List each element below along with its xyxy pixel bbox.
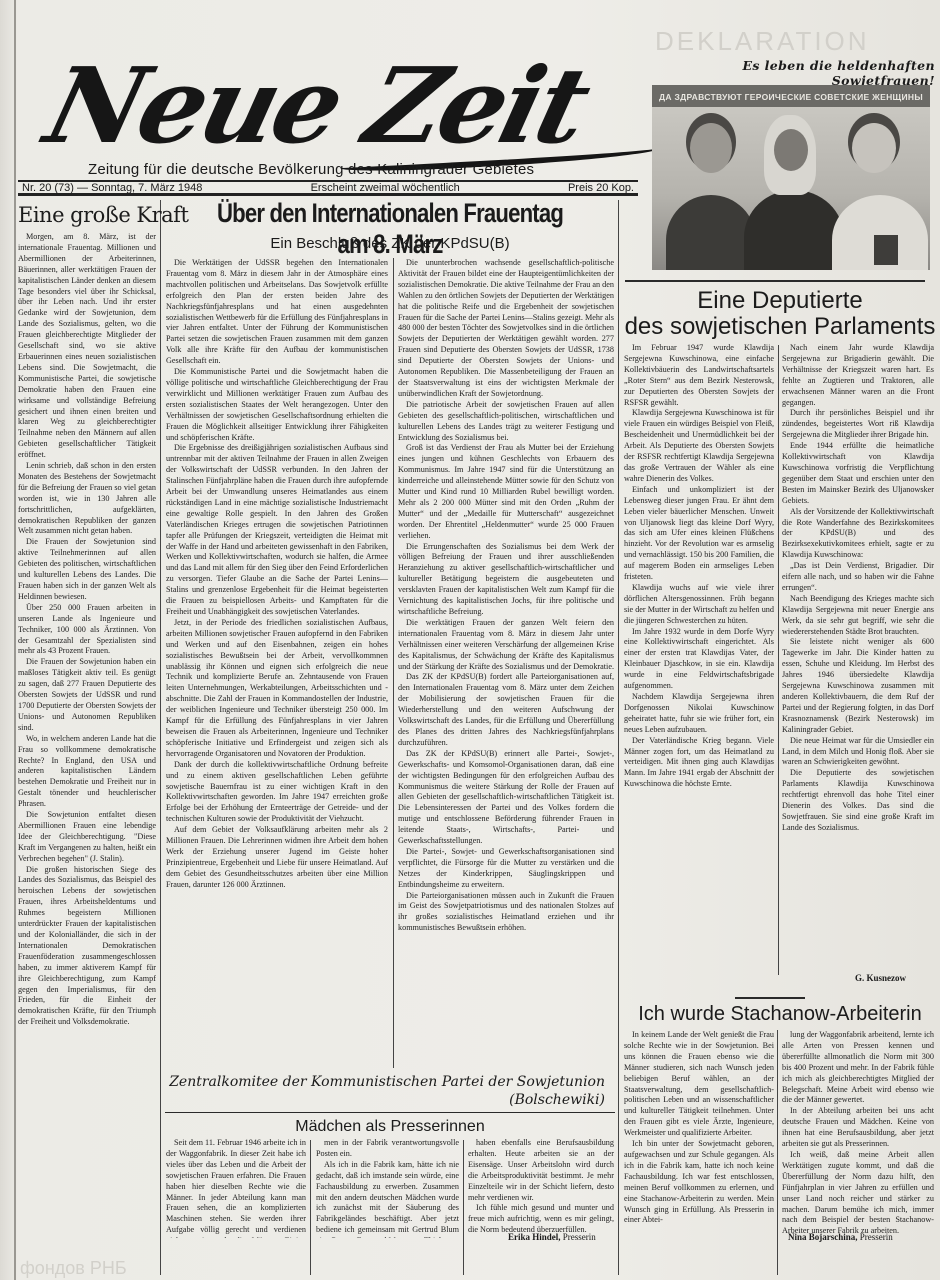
bleed-through-bottom: фондов РНБ <box>20 1258 127 1279</box>
author-name: Nina Bojarschina, <box>788 1232 858 1242</box>
presser-article-column-1: Seit dem 11. Februar 1946 arbeite ich in… <box>166 1138 306 1238</box>
main-subheadline: Ein Beschluß des ZK der KPdSU(B) <box>165 235 615 252</box>
paragraph: Klawdija wuchs auf wie viele ihrer dörfl… <box>624 583 774 627</box>
stachanow-article-column-1: In keinem Lande der Welt genießt die Fra… <box>624 1030 774 1275</box>
paragraph: Als der Vorsitzende der Kollektivwirtsch… <box>782 507 934 562</box>
paragraph: Ich bin unter der Sowjetmacht geboren, a… <box>624 1139 774 1226</box>
paragraph: Die Sowjetunion entfaltet diesen Abermil… <box>18 810 156 865</box>
author-role: Presserin <box>860 1232 893 1242</box>
presser-article-author: Erika Hindel, Presserin <box>508 1232 596 1242</box>
presser-article-column-2: men in der Fabrik verantwortungsvolle Po… <box>316 1138 459 1238</box>
paragraph: Sie leistete nicht weniger als 600 Tagew… <box>782 637 934 735</box>
paragraph: Das ZK der KPdSU(B) fordert alle Parteio… <box>398 672 614 748</box>
stachanow-article-column-2: lung der Waggonfabrik arbeitend, lernte … <box>782 1030 934 1255</box>
newspaper-logo: Neue Zeit <box>38 56 596 156</box>
column-rule <box>463 1140 464 1275</box>
book-in-hand <box>874 235 898 265</box>
paragraph: Groß ist das Verdienst der Frau als Mutt… <box>398 443 614 541</box>
main-article-signature-line-2: (Bolschewiki) <box>165 1092 605 1108</box>
deputy-article-title: Eine Deputierte des sowjetischen Parlame… <box>620 288 940 340</box>
horizontal-rule <box>165 1112 615 1113</box>
sidebar-article-body: Morgen, am 8. März, ist der internationa… <box>18 232 156 1240</box>
page-fold-edge <box>14 0 16 1280</box>
paragraph: Ich weiß, daß meine Arbeit allen Werktät… <box>782 1150 934 1237</box>
photo-caption: Es leben die heldenhaften Sowjetfrauen! <box>655 58 935 88</box>
head-right-woman <box>852 123 896 173</box>
column-rule <box>778 345 779 975</box>
main-article-column-1: Die Werktätigen der UdSSR begehen den In… <box>166 258 388 1070</box>
paragraph: Die Ergebnisse des dreißigjährigen sozia… <box>166 443 388 618</box>
paragraph: Durch ihr persönliches Beispiel und ihr … <box>782 408 934 441</box>
paragraph: Die großen historischen Siege des Landes… <box>18 865 156 1029</box>
paragraph: Dank der durch die kollektivwirtschaftli… <box>166 760 388 825</box>
sidebar-article-title: Eine große Kraft <box>18 203 188 227</box>
issue-price: Preis 20 Kop. <box>568 182 634 194</box>
masthead-subtitle: Zeitung für die deutsche Bevölkerung des… <box>88 161 534 178</box>
paragraph: Die Deputierte des sowjetischen Parlamen… <box>782 768 934 833</box>
main-article-signature-line-1: Zentralkomitee der Kommunistischen Parte… <box>165 1074 605 1090</box>
author-name: Erika Hindel, <box>508 1232 561 1242</box>
deputy-article-column-1: Im Februar 1947 wurde Klawdija Sergejewn… <box>624 343 774 983</box>
dateline-bar: Nr. 20 (73) — Sonntag, 7. März 1948 Ersc… <box>18 180 638 196</box>
paragraph: Die werktätigen Frauen der ganzen Welt f… <box>398 618 614 673</box>
paragraph: Die Parteiorganisationen müssen auch in … <box>398 891 614 935</box>
paragraph: Die Frauen der Sowjetunion sind aktive T… <box>18 537 156 602</box>
paragraph: Seit dem 11. Februar 1946 arbeite ich in… <box>166 1138 306 1238</box>
paragraph: Die Frauen der Sowjetunion haben ein maß… <box>18 657 156 733</box>
publication-frequency: Erscheint zweimal wöchentlich <box>311 182 460 194</box>
paragraph: Morgen, am 8. März, ist der internationa… <box>18 232 156 461</box>
paragraph: Nachdem Klawdija Sergejewna ihren Dorfge… <box>624 692 774 736</box>
stachanow-article-title: Ich wurde Stachanow-Arbeiterin <box>620 1003 940 1026</box>
paragraph: Ende 1944 erfüllte die heimatliche Kolle… <box>782 441 934 506</box>
paragraph: Ich fühle mich gesund und munter und fre… <box>468 1203 614 1232</box>
paragraph: haben ebenfalls eine Berufsausbildung er… <box>468 1138 614 1203</box>
deputy-article-author: G. Kusnezow <box>855 973 906 983</box>
figure-middle-woman <box>744 190 844 270</box>
title-line: des sowjetischen Parlaments <box>620 314 940 340</box>
bleed-through-top: DEKLARATION <box>655 26 870 57</box>
column-rule <box>777 1030 778 1275</box>
paragraph: Die ununterbrochen wachsende gesellschaf… <box>398 258 614 400</box>
column-rule <box>310 1140 311 1275</box>
paragraph: Lenin schrieb, daß schon in den ersten M… <box>18 461 156 537</box>
paragraph: Die Errungenschaften des Sozialismus bei… <box>398 542 614 618</box>
horizontal-rule <box>625 280 925 282</box>
paragraph: Einfach und unkompliziert ist der Lebens… <box>624 485 774 583</box>
head-middle-woman-face <box>774 129 808 171</box>
masthead: Neue Zeit <box>40 38 640 158</box>
paragraph: Nach Beendigung des Krieges machte sich … <box>782 594 934 638</box>
presser-article-title: Mädchen als Presserinnen <box>165 1118 615 1136</box>
paragraph: Der Vaterländische Krieg begann. Viele M… <box>624 736 774 791</box>
column-rule <box>160 200 161 1275</box>
author-role: Presserin <box>563 1232 596 1242</box>
paragraph: Die neue Heimat war für die Umsiedler ei… <box>782 736 934 769</box>
paragraph: Jetzt, in der Periode des friedlichen so… <box>166 618 388 760</box>
paragraph: Über 250 000 Frauen arbeiten in unseren … <box>18 603 156 658</box>
presser-article-column-3: haben ebenfalls eine Berufsausbildung er… <box>468 1138 614 1232</box>
paragraph: Als ich in die Fabrik kam, hätte ich nie… <box>316 1160 459 1238</box>
paragraph: Das ZK der KPdSU(B) erinnert alle Partei… <box>398 749 614 847</box>
issue-date: Nr. 20 (73) — Sonntag, 7. März 1948 <box>22 182 202 194</box>
photo-three-women: ДА ЗДРАВСТВУЮТ ГЕРОИЧЕСКИЕ СОВЕТСКИЕ ЖЕН… <box>652 85 930 270</box>
figure-left-woman <box>666 195 756 270</box>
paragraph: men in der Fabrik verantwortungsvolle Po… <box>316 1138 459 1160</box>
paragraph: Wo, in welchem anderen Lande hat die Fra… <box>18 734 156 810</box>
newspaper-page: DEKLARATION фондов РНБ Neue Zeit Zeitung… <box>0 0 940 1280</box>
paragraph: In der Abteilung arbeiten bei uns acht d… <box>782 1106 934 1150</box>
paragraph: Im Februar 1947 wurde Klawdija Sergejewn… <box>624 343 774 408</box>
paragraph: Die Partei-, Sowjet- und Gewerkschaftsor… <box>398 847 614 891</box>
paragraph: Im Jahre 1932 wurde in dem Dorfe Wyry ei… <box>624 627 774 692</box>
paragraph: Die Werktätigen der UdSSR begehen den In… <box>166 258 388 367</box>
title-line: Eine Deputierte <box>620 288 940 314</box>
main-article-column-2: Die ununterbrochen wachsende gesellschaf… <box>398 258 614 1070</box>
head-left-woman <box>690 123 732 173</box>
paragraph: Klawdija Sergejewna Kuwschinowa ist für … <box>624 408 774 484</box>
paragraph: Die patriotische Arbeit der sowjetischen… <box>398 400 614 444</box>
stachanow-article-author: Nina Bojarschina, Presserin <box>788 1232 893 1242</box>
paragraph: Auf dem Gebiet der Volksaufklärung arbei… <box>166 825 388 890</box>
paragraph: lung der Waggonfabrik arbeitend, lernte … <box>782 1030 934 1106</box>
horizontal-rule <box>735 997 805 999</box>
paragraph: „Das ist Dein Verdienst, Brigadier. Dir … <box>782 561 934 594</box>
paragraph: Die Kommunistische Partei und die Sowjet… <box>166 367 388 443</box>
photo-banner: ДА ЗДРАВСТВУЮТ ГЕРОИЧЕСКИЕ СОВЕТСКИЕ ЖЕН… <box>652 89 930 105</box>
paragraph: In keinem Lande der Welt genießt die Fra… <box>624 1030 774 1139</box>
column-rule <box>393 258 394 1068</box>
column-rule <box>618 200 619 1275</box>
paragraph: Nach einem Jahr wurde Klawdija Sergejewn… <box>782 343 934 408</box>
deputy-article-column-2: Nach einem Jahr wurde Klawdija Sergejewn… <box>782 343 934 963</box>
